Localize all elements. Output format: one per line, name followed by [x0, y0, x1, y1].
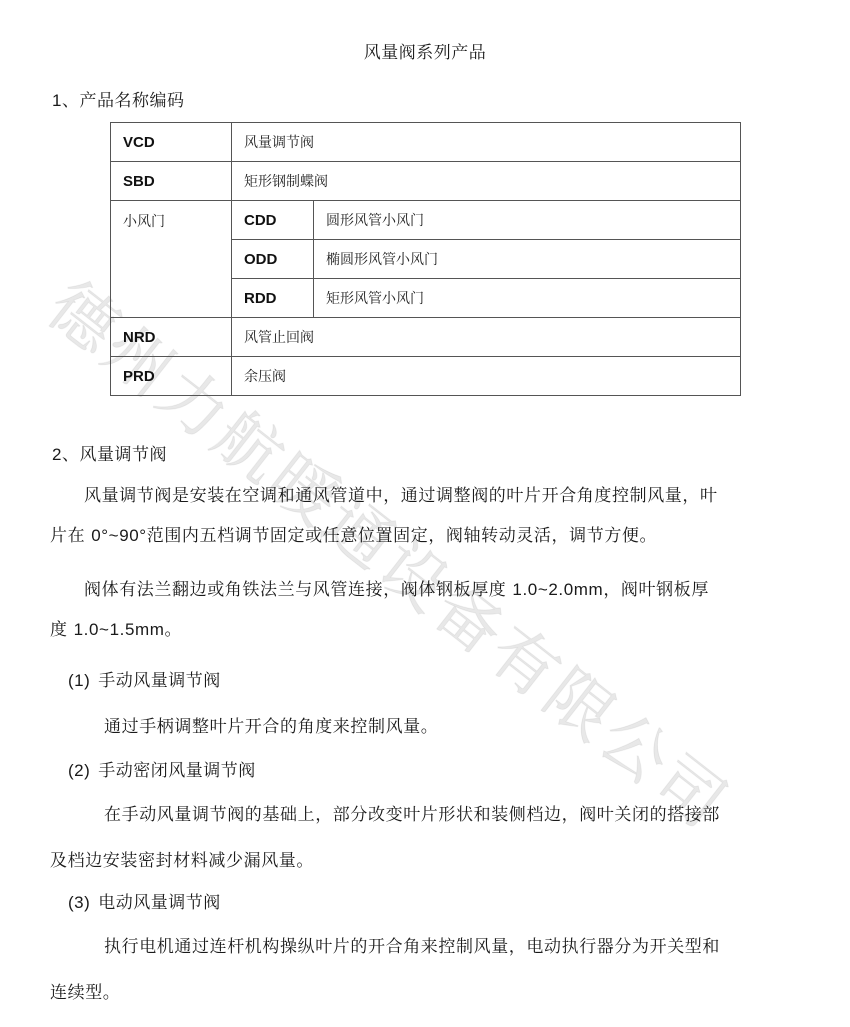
- section-1-title: 产品名称编码: [79, 91, 184, 111]
- code-cell: ODD: [232, 240, 314, 279]
- text: 度: [50, 620, 74, 640]
- subsection-index: (1): [68, 671, 90, 690]
- page-title: 风量阀系列产品: [0, 38, 850, 63]
- name-cell: 矩形风管小风门: [314, 279, 741, 318]
- subsection-2-heading: (2)手动密闭风量调节阀: [68, 756, 256, 781]
- name-cell: 风量调节阀: [232, 123, 741, 162]
- table-row: PRD 余压阀: [111, 357, 741, 396]
- table-row: NRD 风管止回阀: [111, 318, 741, 357]
- subsection-2-body-line1: 在手动风量调节阀的基础上，部分改变叶片形状和装侧档边，阀叶关闭的搭接部: [104, 800, 720, 825]
- section-2-number: 2、: [52, 445, 79, 464]
- paragraph-line: 风量调节阀是安装在空调和通风管道中，通过调整阀的叶片开合角度控制风量，叶: [50, 476, 805, 516]
- text: ，阀叶钢板厚: [603, 580, 709, 600]
- subsection-title: 手动风量调节阀: [98, 671, 221, 691]
- name-cell: 矩形钢制蝶阀: [232, 162, 741, 201]
- subsection-index: (2): [68, 761, 90, 780]
- code-cell: PRD: [111, 357, 232, 396]
- section-1-number: 1、: [52, 91, 79, 110]
- text: 。: [165, 620, 183, 640]
- subsection-3-body-line1: 执行电机通过连杆机构操纵叶片的开合角来控制风量，电动执行器分为开关型和: [104, 932, 720, 957]
- text: 范围内五档调节固定或任意位置固定，阀轴转动灵活，调节方便。: [147, 526, 657, 546]
- paragraph-thickness: 阀体有法兰翻边或角铁法兰与风管连接，阀体钢板厚度 1.0~2.0mm，阀叶钢板厚…: [50, 570, 805, 650]
- text: 片在: [50, 526, 91, 546]
- paragraph-line: 度 1.0~1.5mm。: [50, 610, 805, 650]
- section-2-title: 风量调节阀: [79, 445, 167, 465]
- name-cell: 风管止回阀: [232, 318, 741, 357]
- section-1-heading: 1、产品名称编码: [52, 86, 184, 111]
- subsection-1-body: 通过手柄调整叶片开合的角度来控制风量。: [104, 712, 438, 737]
- paragraph-intro: 风量调节阀是安装在空调和通风管道中，通过调整阀的叶片开合角度控制风量，叶 片在 …: [50, 476, 805, 556]
- table-row: VCD 风量调节阀: [111, 123, 741, 162]
- code-cell: NRD: [111, 318, 232, 357]
- body-thickness: 1.0~2.0mm: [512, 580, 603, 599]
- subsection-index: (3): [68, 893, 90, 912]
- product-code-table: VCD 风量调节阀 SBD 矩形钢制蝶阀 小风门 CDD 圆形风管小风门 ODD…: [110, 122, 741, 396]
- subsection-3-heading: (3)电动风量调节阀: [68, 888, 221, 913]
- section-2-heading: 2、风量调节阀: [52, 440, 167, 465]
- table-row: SBD 矩形钢制蝶阀: [111, 162, 741, 201]
- code-cell: CDD: [232, 201, 314, 240]
- name-cell: 圆形风管小风门: [314, 201, 741, 240]
- name-cell: 椭圆形风管小风门: [314, 240, 741, 279]
- group-cell: 小风门: [111, 201, 232, 318]
- table-row: 小风门 CDD 圆形风管小风门: [111, 201, 741, 240]
- angle-range: 0°~90°: [91, 526, 147, 545]
- code-cell: VCD: [111, 123, 232, 162]
- subsection-title: 手动密闭风量调节阀: [98, 761, 256, 781]
- text: 阀体有法兰翻边或角铁法兰与风管连接，阀体钢板厚度: [84, 580, 512, 600]
- blade-thickness: 1.0~1.5mm: [74, 620, 165, 639]
- subsection-1-heading: (1)手动风量调节阀: [68, 666, 221, 691]
- paragraph-line: 片在 0°~90°范围内五档调节固定或任意位置固定，阀轴转动灵活，调节方便。: [50, 516, 805, 556]
- subsection-3-body-line2: 连续型。: [50, 978, 120, 1003]
- name-cell: 余压阀: [232, 357, 741, 396]
- code-cell: SBD: [111, 162, 232, 201]
- subsection-title: 电动风量调节阀: [98, 893, 221, 913]
- code-cell: RDD: [232, 279, 314, 318]
- subsection-2-body-line2: 及档边安装密封材料减少漏风量。: [50, 846, 314, 871]
- paragraph-line: 阀体有法兰翻边或角铁法兰与风管连接，阀体钢板厚度 1.0~2.0mm，阀叶钢板厚: [50, 570, 805, 610]
